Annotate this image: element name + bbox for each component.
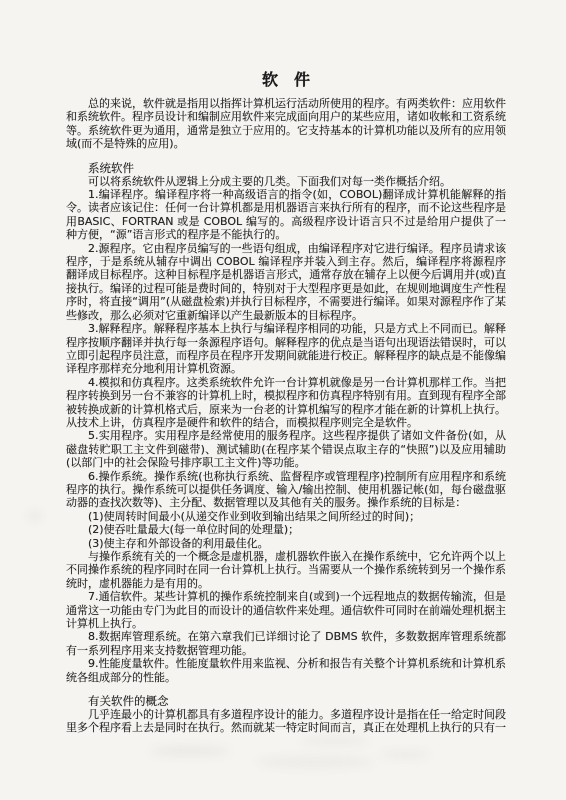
bleedthrough-smudge [380, 750, 430, 759]
section-heading: 有关软件的概念 [66, 694, 506, 708]
body-paragraph: (1)使周转时间最小(从递交作业到收到输出结果之间所经过的时间)； [66, 510, 506, 523]
document-title: 软 件 [66, 70, 506, 90]
body-paragraph: 总的来说，软件就是指用以指挥计算机运行活动所使用的程序。有两类软件：应用软件和系… [66, 97, 506, 151]
section-heading: 系统软件 [66, 161, 506, 175]
bleedthrough-smudge [300, 737, 370, 745]
body-paragraph: (3)使主存和外部设备的利用最佳化。 [66, 537, 506, 550]
bleedthrough-smudge [255, 756, 375, 768]
document-body: 总的来说，软件就是指用以指挥计算机运行活动所使用的程序。有两类软件：应用软件和系… [66, 97, 506, 735]
body-paragraph: 2.源程序。它由程序员编写的一些语句组成，由编译程序对它进行编译。程序员请求该程… [66, 242, 506, 322]
page-content: 软 件 总的来说，软件就是指用以指挥计算机运行活动所使用的程序。有两类软件：应用… [66, 0, 506, 735]
body-paragraph: 1.编译程序。编译程序将一种高级语言的指令(如，COBOL)翻译成计算机能解释的… [66, 188, 506, 242]
body-paragraph: 5.实用程序。实用程序是经常使用的服务程序。这些程序提供了诸如文件备份(如，从磁… [66, 429, 506, 469]
body-paragraph: (2)使吞吐量最大(每一单位时间的处理量)； [66, 523, 506, 536]
body-paragraph: 4.模拟和仿真程序。这类系统软件允许一台计算机就像是另一台计算机那样工作。当把程… [66, 376, 506, 430]
body-paragraph: 3.解释程序。解释程序基本上执行与编译程序相同的功能，只是方式上不同而已。解释程… [66, 322, 506, 376]
bleedthrough-smudge [150, 746, 230, 756]
body-paragraph: 几乎连最小的计算机都具有多道程序设计的能力。多道程序设计是指在任一给定时间段里多… [66, 708, 506, 735]
body-paragraph: 可以将系统软件从逻辑上分成主要的几类。下面我们对每一类作概括介绍。 [66, 175, 506, 188]
body-paragraph: 8.数据库管理系统。在第六章我们已详细讨论了 DBMS 软件，多数数据库管理系统… [66, 630, 506, 657]
body-paragraph: 与操作系统有关的一个概念是虚机器，虚机器软件嵌入在操作系统中，它允许两个以上不同… [66, 550, 506, 590]
bleedthrough-smudge [28, 512, 42, 520]
body-paragraph: 7.通信软件。某些计算机的操作系统控制来自(或到)一个远程地点的数据传输流，但是… [66, 590, 506, 630]
body-paragraph: 6.操作系统。操作系统(也称执行系统、监督程序或管理程序)控制所有应用程序和系统… [66, 470, 506, 510]
scanned-page: 软 件 总的来说，软件就是指用以指挥计算机运行活动所使用的程序。有两类软件：应用… [0, 0, 566, 800]
body-paragraph: 9.性能度量软件。性能度量软件用来监视、分析和报告有关整个计算机系统和计算机系统… [66, 657, 506, 684]
